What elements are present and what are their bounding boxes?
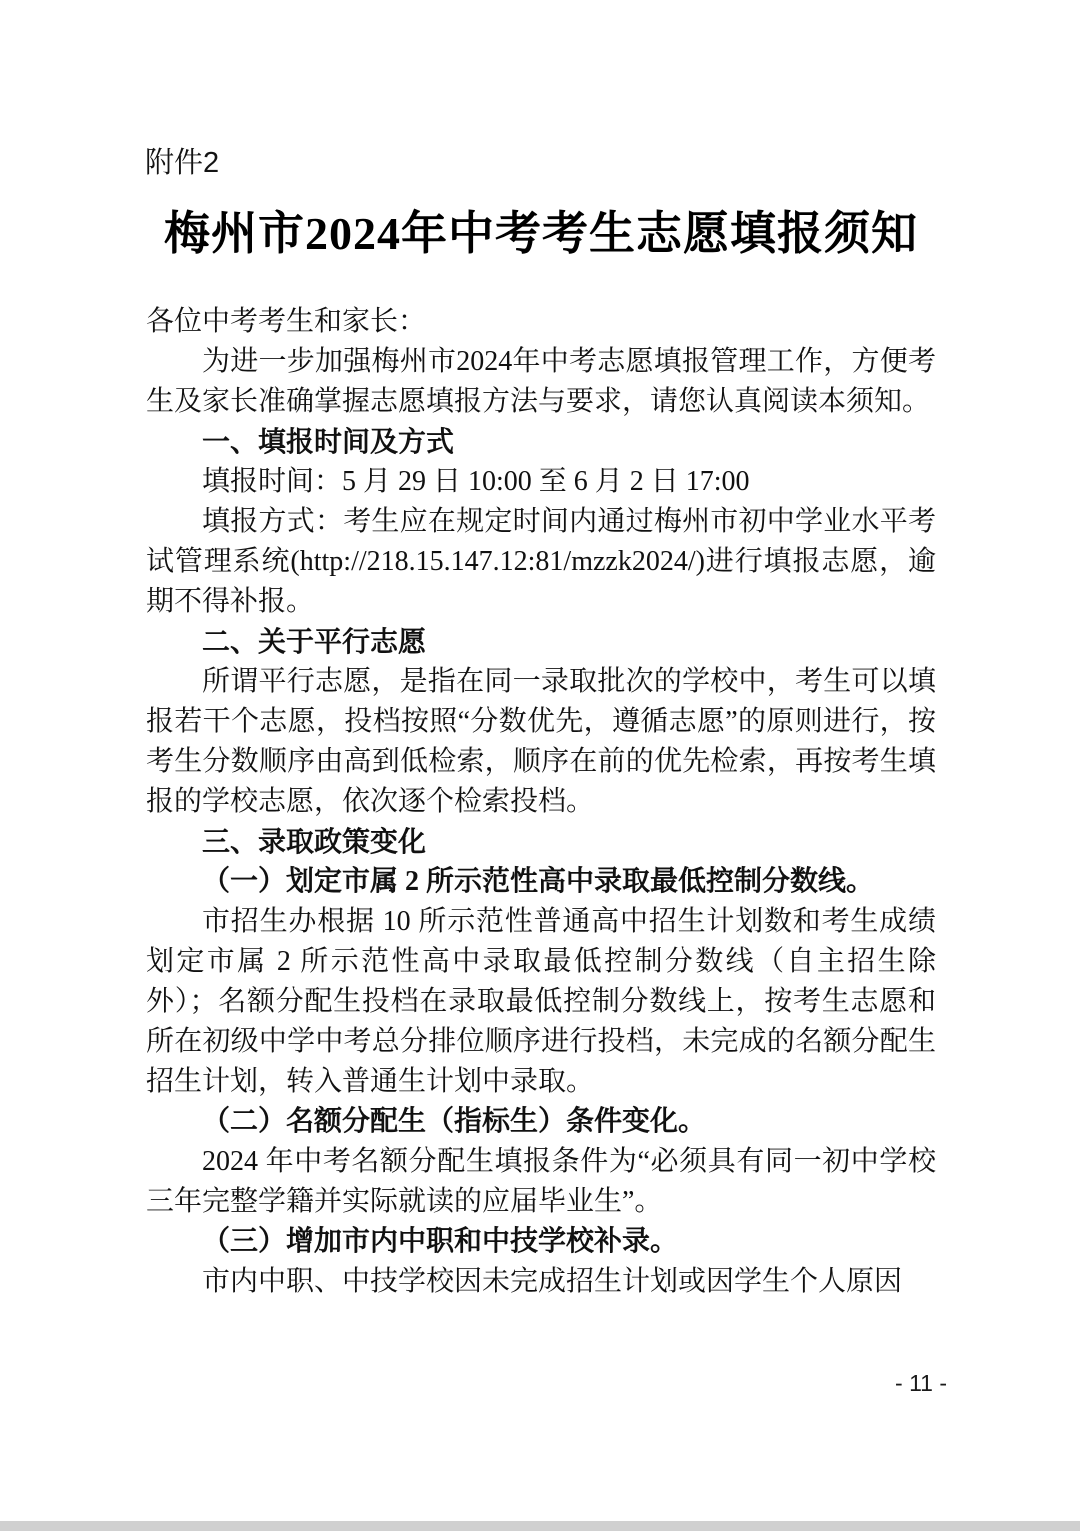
subsection-1-heading: （一）划定市属 2 所示范性高中录取最低控制分数线。 [146,862,936,902]
subsection-2-heading: （二）名额分配生（指标生）条件变化。 [146,1102,936,1142]
document-title: 梅州市2024年中考考生志愿填报须知 [146,206,936,262]
page-number: - 11 - [895,1370,947,1397]
section-2-heading: 二、关于平行志愿 [146,622,936,662]
intro-paragraph: 为进一步加强梅州市2024年中考志愿填报管理工作，方便考生及家长准确掌握志愿填报… [146,342,936,422]
parallel-wish-paragraph: 所谓平行志愿，是指在同一录取批次的学校中，考生可以填报若干个志愿，投档按照“分数… [146,662,936,822]
document-page: 附件2 梅州市2024年中考考生志愿填报须知 各位中考考生和家长： 为进一步加强… [0,0,1080,1531]
section-3-heading: 三、录取政策变化 [146,822,936,862]
page-edge-bar [0,1521,1080,1531]
subsection-3-heading: （三）增加市内中职和中技学校补录。 [146,1222,936,1262]
filing-method-paragraph: 填报方式：考生应在规定时间内通过梅州市初中学业水平考试管理系统(http://2… [146,502,936,622]
subsection-3-paragraph: 市内中职、中技学校因未完成招生计划或因学生个人原因 [146,1262,936,1302]
attachment-label: 附件2 [145,146,219,180]
filing-time-line: 填报时间：5 月 29 日 10:00 至 6 月 2 日 17:00 [146,462,936,502]
subsection-1-paragraph: 市招生办根据 10 所示范性普通高中招生计划数和考生成绩划定市属 2 所示范性高… [146,902,936,1102]
subsection-2-paragraph: 2024 年中考名额分配生填报条件为“必须具有同一初中学校三年完整学籍并实际就读… [146,1142,936,1222]
section-1-heading: 一、填报时间及方式 [146,422,936,462]
salutation-line: 各位中考考生和家长： [146,302,936,342]
document-body: 各位中考考生和家长： 为进一步加强梅州市2024年中考志愿填报管理工作，方便考生… [146,302,936,1302]
